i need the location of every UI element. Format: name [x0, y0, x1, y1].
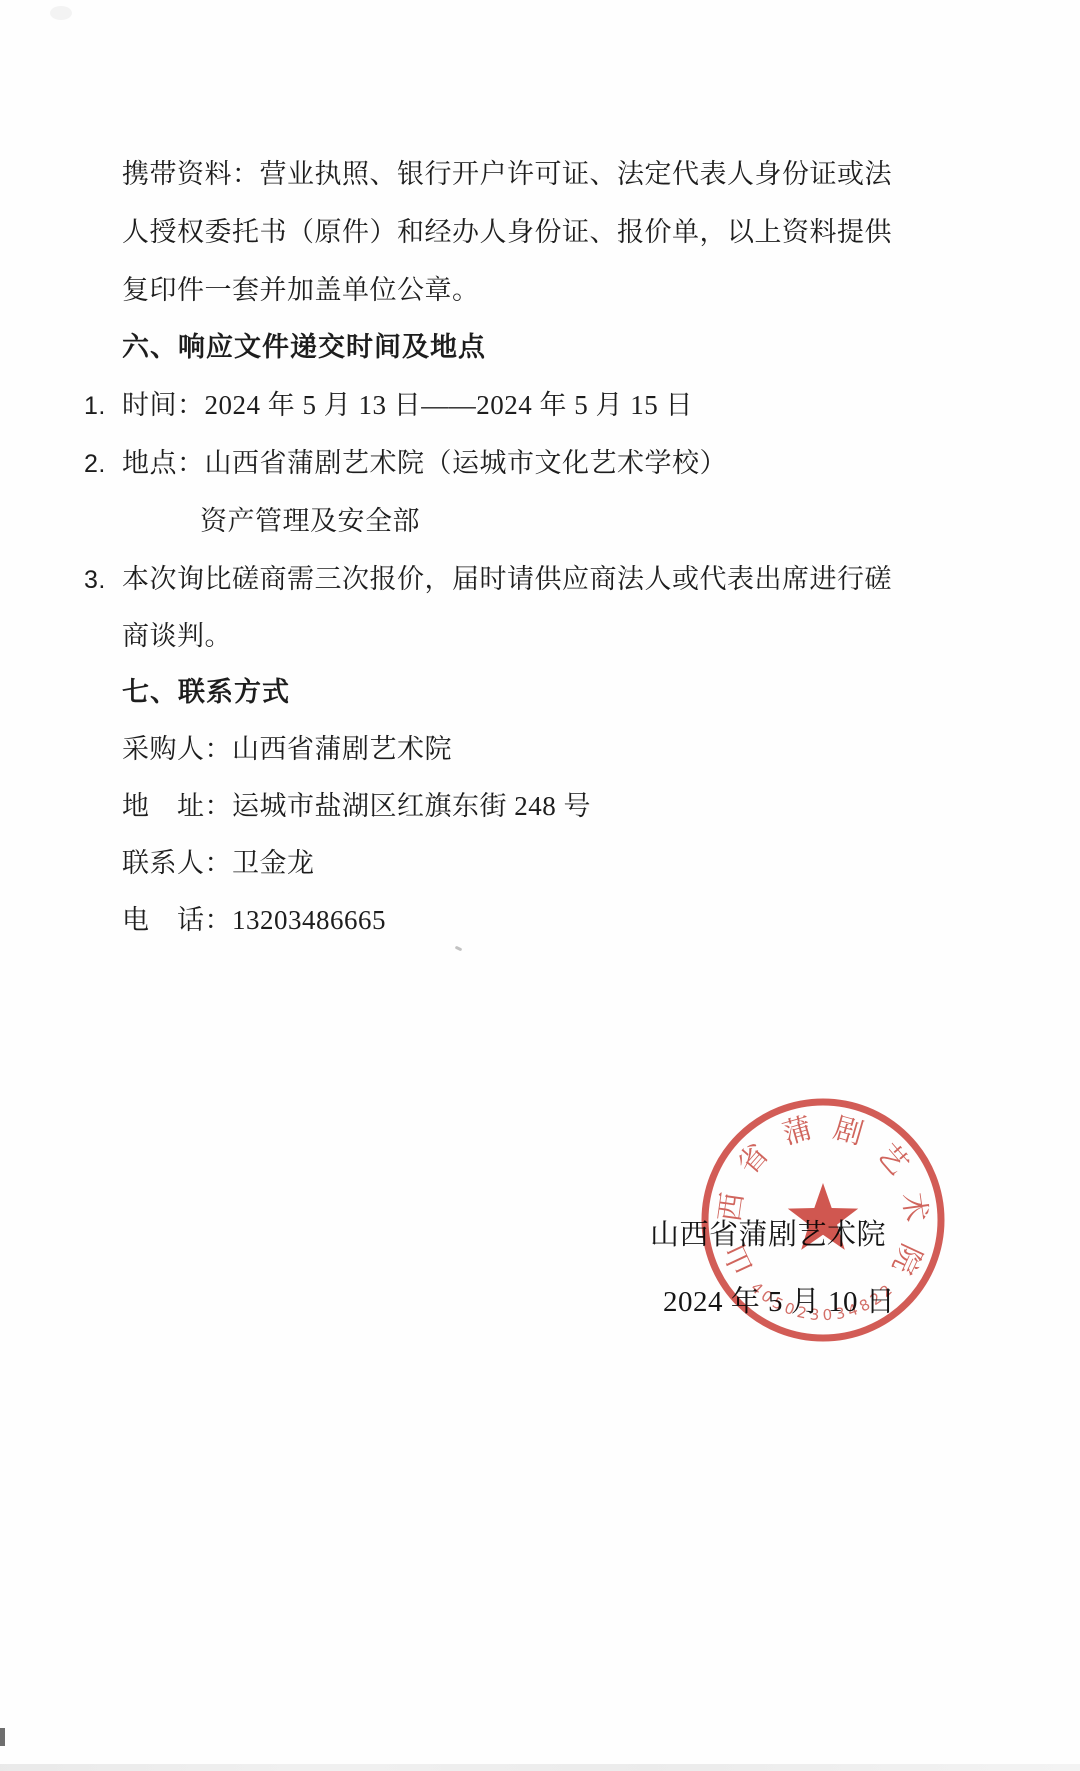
section6-heading: 六、响应文件递交时间及地点	[122, 331, 486, 363]
contact-address: 地 址：运城市盐湖区红旗东街 248 号	[122, 790, 591, 822]
list-item-3-text: 本次询比磋商需三次报价，届时请供应商法人或代表出席进行磋	[122, 564, 892, 594]
contact-purchaser: 采购人：山西省蒲剧艺术院	[122, 733, 452, 765]
svg-text:艺: 艺	[871, 1138, 915, 1182]
scan-smudge	[50, 6, 72, 20]
contact-person: 联系人：卫金龙	[122, 847, 315, 879]
list-item-2: 2.地点：山西省蒲剧艺术院（运城市文化艺术学校）	[84, 447, 727, 480]
list-item-2-number: 2.	[84, 448, 122, 480]
list-item-3: 3.本次询比磋商需三次报价，届时请供应商法人或代表出席进行磋	[84, 563, 892, 596]
list-item-3-number: 3.	[84, 564, 122, 596]
list-item-3-continuation: 商谈判。	[122, 620, 232, 652]
section7-heading: 七、联系方式	[122, 676, 290, 708]
signature-date: 2024 年 5 月 10 日	[663, 1279, 895, 1320]
document-page: 携带资料：营业执照、银行开户许可证、法定代表人身份证或法 人授权委托书（原件）和…	[0, 0, 1080, 1771]
intro-line-1: 携带资料：营业执照、银行开户许可证、法定代表人身份证或法	[122, 158, 892, 190]
intro-line-3: 复印件一套并加盖单位公章。	[122, 274, 480, 306]
list-item-1-number: 1.	[84, 390, 122, 422]
svg-text:院: 院	[886, 1239, 928, 1279]
list-item-2-text: 地点：山西省蒲剧艺术院（运城市文化艺术学校）	[122, 448, 727, 478]
seal-circular-text: 山 西 省 蒲 剧 艺 术 院	[714, 1111, 933, 1279]
contact-phone: 电 话：13203486665	[122, 904, 386, 936]
list-item-1-text: 时间：2024 年 5 月 13 日——2024 年 5 月 15 日	[122, 390, 693, 420]
svg-text:术: 术	[896, 1190, 933, 1223]
scan-bottom-edge	[0, 1764, 1080, 1771]
scan-edge-mark	[0, 1728, 5, 1746]
svg-text:蒲: 蒲	[779, 1111, 816, 1151]
svg-text:省: 省	[731, 1138, 775, 1182]
signature-org: 山西省蒲剧艺术院	[650, 1212, 886, 1253]
scan-speck	[455, 946, 463, 952]
svg-text:剧: 剧	[830, 1111, 867, 1151]
intro-line-2: 人授权委托书（原件）和经办人身份证、报价单，以上资料提供	[122, 216, 892, 248]
list-item-2-continuation: 资产管理及安全部	[200, 505, 420, 537]
list-item-1: 1.时间：2024 年 5 月 13 日——2024 年 5 月 15 日	[84, 389, 693, 422]
